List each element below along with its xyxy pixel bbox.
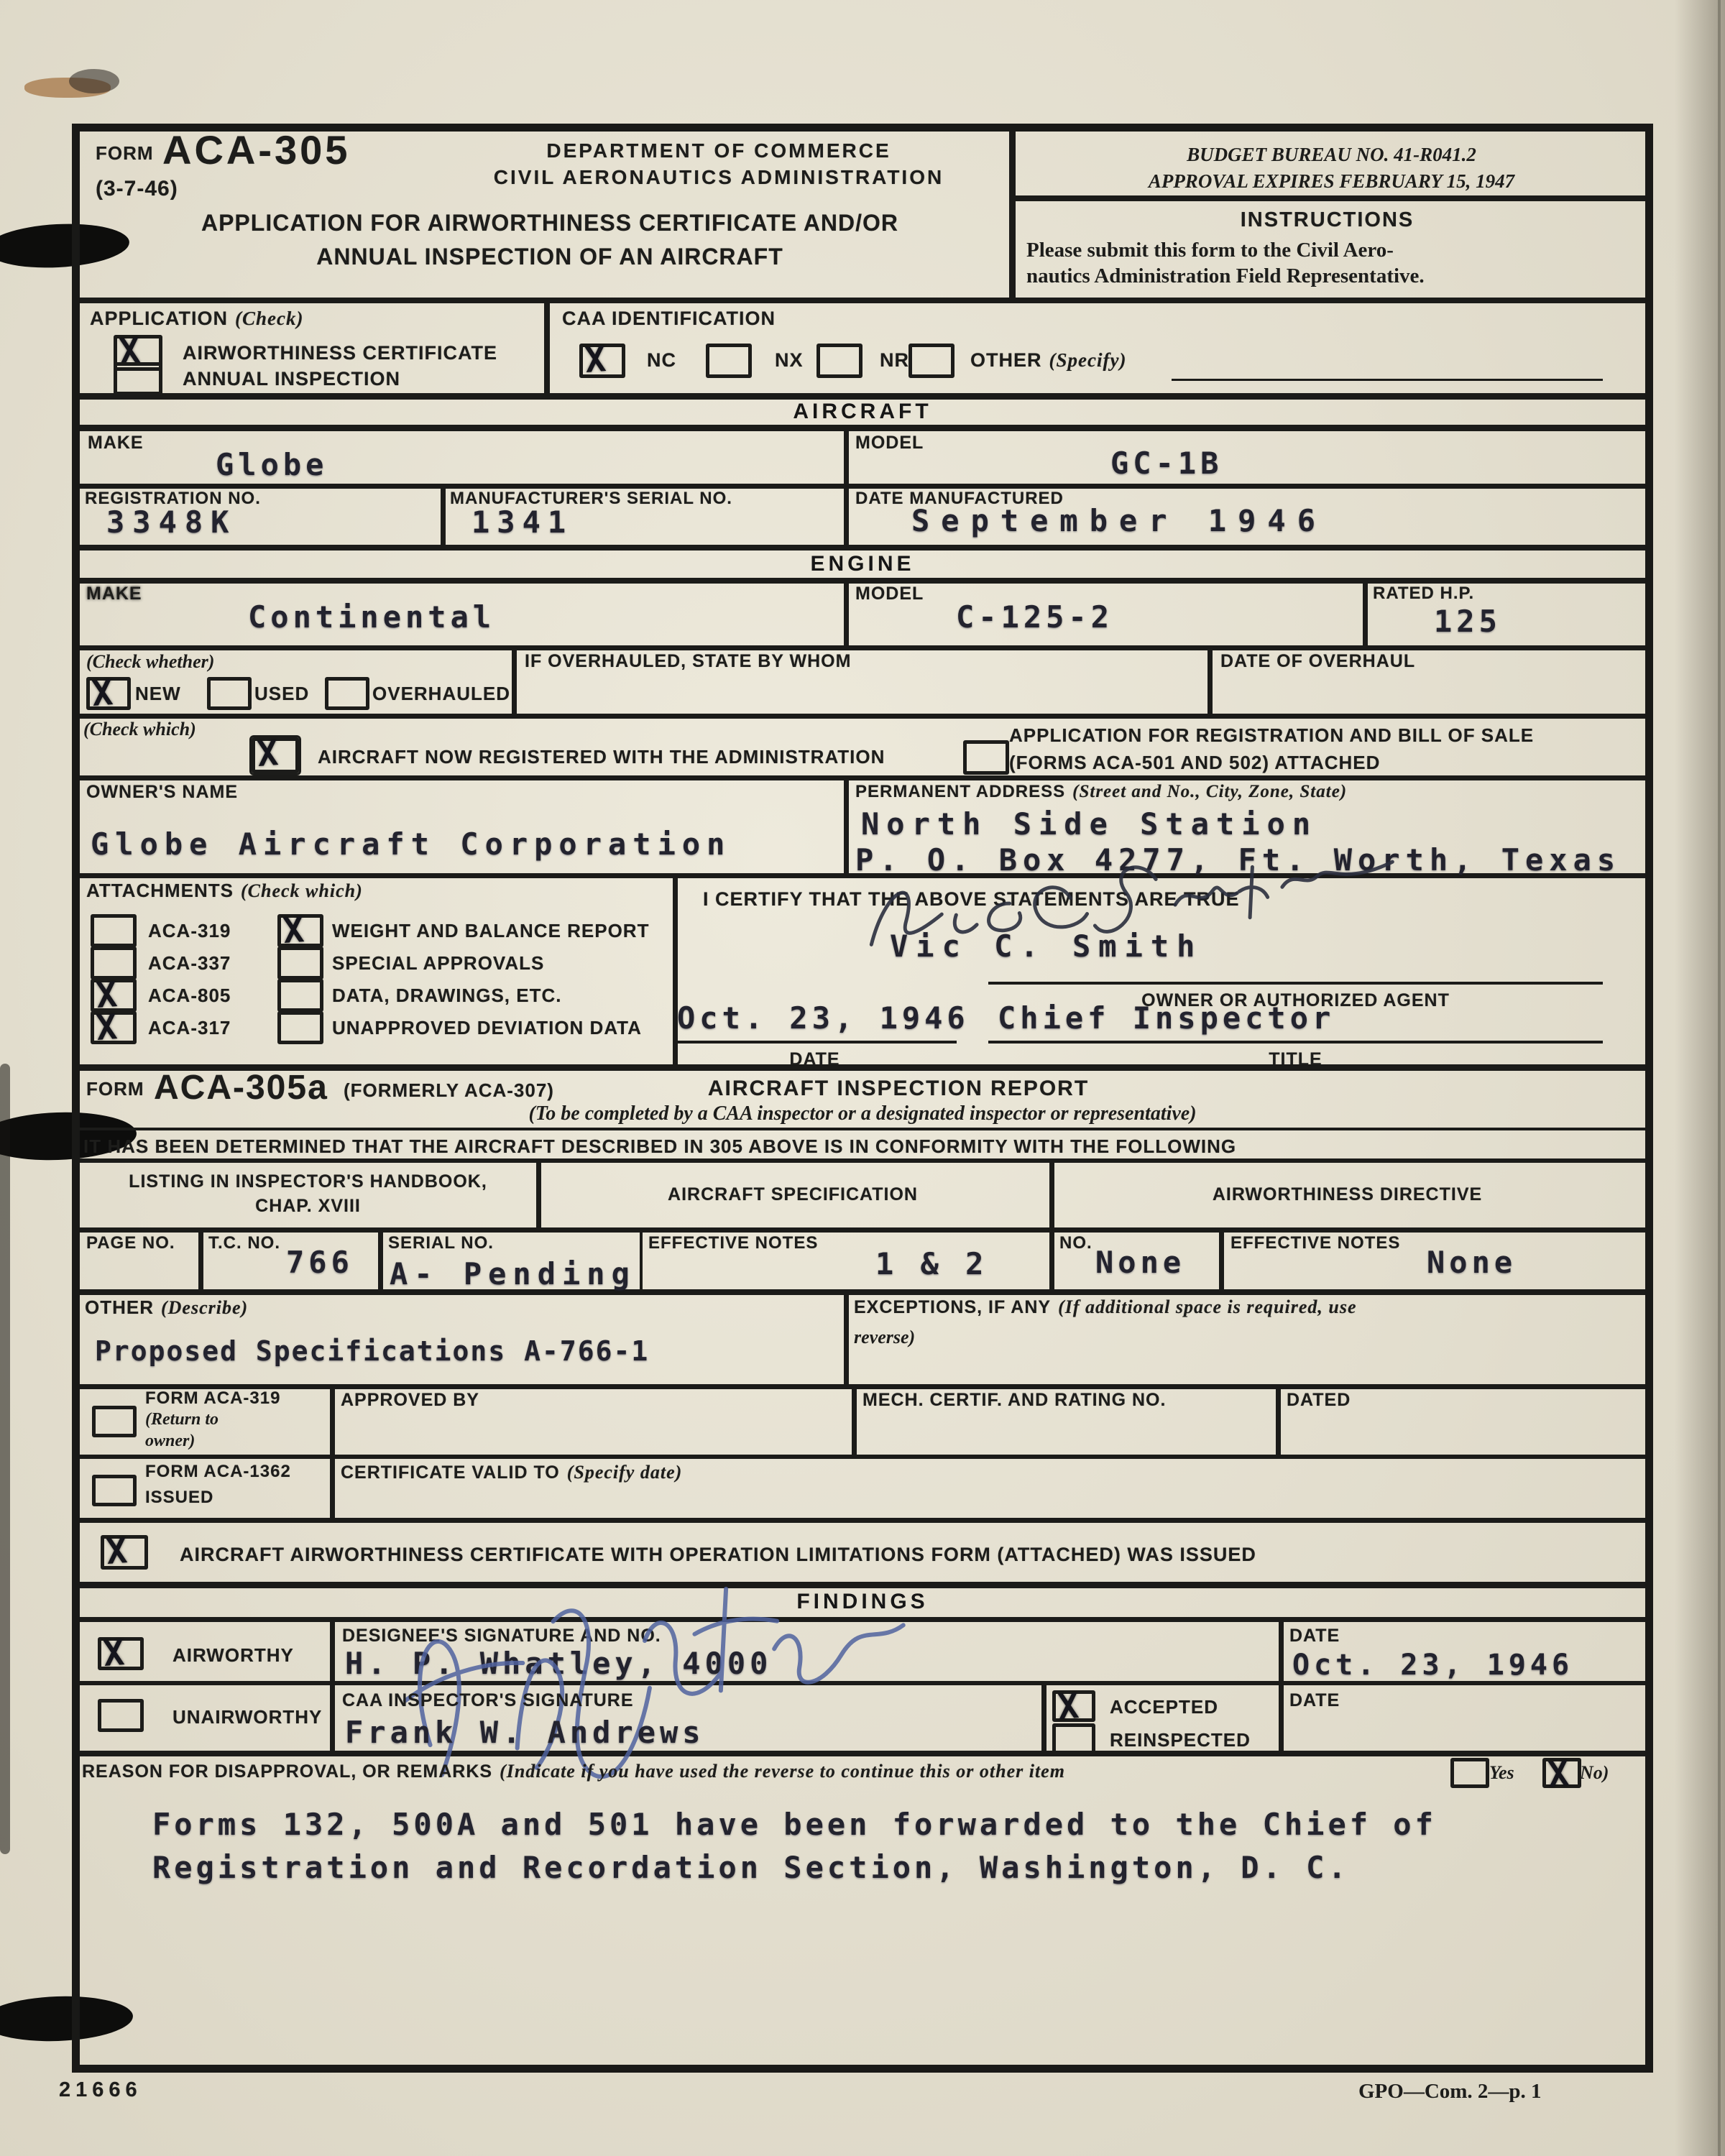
data-drawings-checkbox[interactable] bbox=[277, 979, 323, 1012]
divider bbox=[80, 393, 1645, 400]
divider bbox=[198, 1227, 203, 1289]
permanent-address-label-italic: (Street and No., City, Zone, State) bbox=[1072, 782, 1347, 802]
registration-no-value: 3348K bbox=[106, 505, 236, 540]
divider bbox=[80, 1582, 1645, 1588]
certify-title-value: Chief Inspector bbox=[998, 1000, 1335, 1036]
engine-section-band: ENGINE bbox=[80, 552, 1645, 576]
caa-identification-label: CAA IDENTIFICATION bbox=[562, 308, 776, 330]
owner-name-value: Globe Aircraft Corporation bbox=[91, 826, 731, 862]
application-attached-line2: (FORMS ACA-501 AND 502) ATTACHED bbox=[1009, 752, 1380, 774]
findings-section-band: FINDINGS bbox=[80, 1590, 1645, 1614]
application-label: APPLICATION (Check) bbox=[90, 308, 303, 330]
divider bbox=[80, 1227, 1645, 1233]
divider bbox=[378, 1227, 383, 1289]
attachments-label-text: ATTACHMENTS bbox=[86, 880, 234, 902]
application-label-text: APPLICATION bbox=[90, 308, 228, 330]
page-no-label: PAGE NO. bbox=[86, 1233, 175, 1253]
footer-print-code: 21666 bbox=[59, 2078, 142, 2102]
form-title-line2: ANNUAL INSPECTION OF AN AIRCRAFT bbox=[93, 244, 1006, 270]
instructions-line1: Please submit this form to the Civil Aer… bbox=[1026, 239, 1394, 262]
unairworthy-label: UNAIRWORTHY bbox=[172, 1706, 322, 1728]
aca-317-label: ACA-317 bbox=[148, 1017, 231, 1039]
engine-used-checkbox[interactable] bbox=[207, 677, 252, 710]
registered-checkbox[interactable] bbox=[252, 737, 299, 773]
caa-inspector-signature-typed: Frank W. Andrews bbox=[345, 1715, 705, 1750]
divider bbox=[1363, 578, 1368, 645]
exceptions-label: EXCEPTIONS, IF ANY (If additional space … bbox=[854, 1296, 1357, 1318]
divider bbox=[844, 1289, 849, 1384]
remarks-label-italic: (Indicate if you have used the reverse t… bbox=[500, 1761, 1065, 1782]
reinspected-label: REINSPECTED bbox=[1110, 1729, 1251, 1751]
divider bbox=[80, 1518, 1645, 1523]
report-formerly: (FORMERLY ACA-307) bbox=[344, 1079, 554, 1102]
form-aca-1362-label: FORM ACA-1362 bbox=[145, 1462, 291, 1482]
divider bbox=[330, 1384, 335, 1455]
remarks-body-line1: Forms 132, 500A and 501 have been forwar… bbox=[152, 1807, 1437, 1842]
serial-no-label: SERIAL NO. bbox=[388, 1233, 494, 1253]
rated-hp-label: RATED H.P. bbox=[1373, 584, 1474, 604]
remarks-no-checkbox[interactable] bbox=[1542, 1758, 1581, 1788]
other-describe-label: OTHER (Describe) bbox=[85, 1296, 248, 1319]
nr-label: NR bbox=[880, 349, 909, 372]
certificate-valid-to-italic: (Specify date) bbox=[567, 1462, 683, 1483]
designee-signature-label: DESIGNEE'S SIGNATURE AND NO. bbox=[342, 1626, 661, 1646]
aca-319-checkbox[interactable] bbox=[91, 914, 137, 947]
aircraft-make-label: MAKE bbox=[88, 433, 144, 453]
application-attached-checkbox[interactable] bbox=[963, 740, 1009, 775]
handbook-col-line1: LISTING IN INSPECTOR'S HANDBOOK, bbox=[80, 1171, 536, 1192]
remarks-no-label: No) bbox=[1580, 1762, 1609, 1784]
aircraft-model-label: MODEL bbox=[855, 433, 924, 453]
divider bbox=[1219, 1227, 1224, 1289]
findings-date1-label: DATE bbox=[1289, 1626, 1340, 1646]
divider bbox=[844, 484, 849, 545]
divider bbox=[80, 1384, 1645, 1389]
ad-effective-notes-label: EFFECTIVE NOTES bbox=[1230, 1233, 1400, 1253]
certify-date-label: DATE bbox=[673, 1049, 957, 1070]
mfr-serial-value: 1341 bbox=[471, 505, 573, 540]
conformity-statement: IT HAS BEEN DETERMINED THAT THE AIRCRAFT… bbox=[83, 1135, 1236, 1158]
other-id-blank-line[interactable] bbox=[1172, 379, 1603, 381]
permanent-address-label-text: PERMANENT ADDRESS bbox=[855, 782, 1065, 802]
divider bbox=[80, 1128, 1645, 1130]
budget-bureau-line2: APPROVAL EXPIRES FEBRUARY 15, 1947 bbox=[1028, 170, 1635, 193]
divider bbox=[80, 714, 1645, 719]
nr-checkbox[interactable] bbox=[816, 344, 862, 378]
scan-edge-right-line bbox=[1718, 0, 1721, 2156]
form-aca-1362-issued: ISSUED bbox=[145, 1488, 213, 1508]
engine-used-label: USED bbox=[254, 683, 309, 705]
effective-notes-label: EFFECTIVE NOTES bbox=[648, 1233, 818, 1253]
mech-certif-label: MECH. CERTIF. AND RATING NO. bbox=[862, 1390, 1166, 1411]
check-which-label: (Check which) bbox=[83, 719, 196, 740]
aircraft-section-band: AIRCRAFT bbox=[80, 400, 1645, 424]
airworthiness-certificate-label: AIRWORTHINESS CERTIFICATE bbox=[183, 342, 497, 364]
other-id-label-italic: (Specify) bbox=[1049, 349, 1127, 372]
remarks-label-text: REASON FOR DISAPPROVAL, OR REMARKS bbox=[82, 1761, 492, 1782]
airworthiness-directive-col: AIRWORTHINESS DIRECTIVE bbox=[1049, 1184, 1645, 1205]
approved-by-label: APPROVED BY bbox=[341, 1390, 479, 1411]
divider bbox=[80, 545, 1645, 550]
cert-issued-checkbox[interactable] bbox=[101, 1535, 148, 1570]
permanent-address-label: PERMANENT ADDRESS (Street and No., City,… bbox=[855, 782, 1347, 802]
divider bbox=[844, 775, 849, 873]
divider bbox=[852, 1384, 857, 1455]
divider bbox=[1049, 1227, 1054, 1289]
overhauled-by-label: IF OVERHAULED, STATE BY WHOM bbox=[525, 651, 851, 672]
form-aca-319-checkbox[interactable] bbox=[92, 1406, 137, 1437]
ad-effective-notes-value: None bbox=[1427, 1245, 1517, 1280]
dept-line2: CIVIL AERONAUTICS ADMINISTRATION bbox=[431, 166, 1006, 189]
divider bbox=[80, 1455, 1645, 1459]
weight-balance-label: WEIGHT AND BALANCE REPORT bbox=[332, 920, 649, 942]
dated-label: DATED bbox=[1287, 1390, 1351, 1411]
findings-date1-value: Oct. 23, 1946 bbox=[1292, 1649, 1573, 1682]
divider bbox=[844, 425, 849, 484]
divider bbox=[80, 645, 1645, 650]
data-drawings-label: DATA, DRAWINGS, ETC. bbox=[332, 985, 561, 1007]
certify-title-label: TITLE bbox=[988, 1049, 1603, 1070]
exceptions-label-italic2: reverse) bbox=[854, 1327, 915, 1348]
nc-label: NC bbox=[647, 349, 676, 372]
remarks-yes-checkbox[interactable] bbox=[1450, 1758, 1489, 1788]
aca-337-label: ACA-337 bbox=[148, 952, 231, 975]
aca-805-label: ACA-805 bbox=[148, 985, 231, 1007]
instructions-line2: nautics Administration Field Representat… bbox=[1026, 264, 1425, 288]
date-of-overhaul-label: DATE OF OVERHAUL bbox=[1220, 651, 1415, 672]
divider bbox=[80, 1158, 1645, 1163]
ink-smudge bbox=[69, 69, 119, 93]
engine-overhauled-checkbox[interactable] bbox=[325, 677, 369, 710]
accepted-checkbox[interactable] bbox=[1052, 1690, 1095, 1722]
form-aca-319-return1: (Return to bbox=[145, 1410, 218, 1429]
divider bbox=[80, 578, 1645, 584]
budget-bureau-line1: BUDGET BUREAU NO. 41-R041.2 bbox=[1028, 144, 1635, 166]
dept-line1: DEPARTMENT OF COMMERCE bbox=[431, 139, 1006, 162]
engine-make-label: MAKE bbox=[86, 584, 142, 604]
divider bbox=[80, 298, 1645, 303]
engine-model-value: C-125-2 bbox=[956, 599, 1113, 635]
remarks-body-line2: Registration and Recordation Section, Wa… bbox=[152, 1850, 1350, 1885]
aircraft-model-value: GC-1B bbox=[1110, 446, 1223, 481]
form-word-label: FORM bbox=[96, 142, 154, 165]
divider bbox=[1207, 645, 1213, 714]
certify-date-value: Oct. 23, 1946 bbox=[677, 1000, 970, 1036]
unairworthy-checkbox[interactable] bbox=[98, 1699, 144, 1732]
divider bbox=[1009, 195, 1645, 201]
other-id-label-text: OTHER bbox=[970, 349, 1042, 372]
divider bbox=[330, 1681, 335, 1751]
form-aca-319-label: FORM ACA-319 bbox=[145, 1388, 280, 1409]
unapproved-deviation-checkbox[interactable] bbox=[277, 1011, 323, 1044]
ad-no-value: None bbox=[1095, 1245, 1185, 1280]
divider bbox=[512, 645, 517, 714]
form-number: ACA-305 bbox=[162, 126, 350, 173]
exceptions-label-italic1: (If additional space is required, use bbox=[1058, 1296, 1356, 1318]
torn-paper-mark bbox=[24, 78, 111, 98]
divider bbox=[844, 578, 849, 645]
other-describe-label-italic: (Describe) bbox=[161, 1297, 248, 1319]
scanned-form-page: FORM ACA-305 (3-7-46) DEPARTMENT OF COMM… bbox=[0, 0, 1725, 2156]
aca-317-checkbox[interactable] bbox=[91, 1011, 137, 1044]
check-whether-label: (Check whether) bbox=[86, 651, 214, 673]
accepted-label: ACCEPTED bbox=[1110, 1696, 1218, 1718]
divider bbox=[1041, 1681, 1046, 1751]
airworthy-checkbox[interactable] bbox=[98, 1637, 144, 1670]
unapproved-deviation-label: UNAPPROVED DEVIATION DATA bbox=[332, 1017, 642, 1039]
findings-date2-label: DATE bbox=[1289, 1690, 1340, 1711]
special-approvals-label: SPECIAL APPROVALS bbox=[332, 952, 544, 975]
report-subtitle: (To be completed by a CAA inspector or a… bbox=[80, 1102, 1645, 1125]
tc-no-label: T.C. NO. bbox=[208, 1233, 280, 1253]
nc-checkbox[interactable] bbox=[579, 344, 625, 378]
report-form-number: ACA-305a bbox=[154, 1068, 328, 1107]
divider bbox=[80, 1617, 1645, 1622]
certify-statement: I CERTIFY THAT THE ABOVE STATEMENTS ARE … bbox=[703, 888, 1240, 911]
aircraft-spec-col: AIRCRAFT SPECIFICATION bbox=[536, 1184, 1049, 1205]
divider bbox=[640, 1227, 643, 1289]
ad-no-label: NO. bbox=[1059, 1233, 1092, 1253]
nx-label: NX bbox=[775, 349, 804, 372]
remarks-yes-label: Yes bbox=[1489, 1762, 1514, 1784]
other-describe-label-text: OTHER bbox=[85, 1296, 154, 1319]
form-title-line1: APPLICATION FOR AIRWORTHINESS CERTIFICAT… bbox=[93, 210, 1006, 236]
designee-signature-typed: H. P. Whatley, 4000 bbox=[345, 1646, 772, 1681]
attachments-label: ATTACHMENTS (Check which) bbox=[86, 880, 363, 902]
divider bbox=[330, 1455, 335, 1518]
attachments-label-italic: (Check which) bbox=[241, 880, 363, 902]
divider bbox=[441, 484, 446, 545]
certify-signer-typed: Vic C. Smith bbox=[890, 929, 1202, 964]
date-manufactured-value: September 1946 bbox=[911, 503, 1327, 538]
report-form-word: FORM bbox=[86, 1078, 144, 1100]
form-revision: (3-7-46) bbox=[96, 177, 178, 201]
divider bbox=[80, 425, 1645, 431]
nx-checkbox[interactable] bbox=[706, 344, 752, 378]
application-label-italic: (Check) bbox=[235, 308, 303, 330]
address-line1: North Side Station bbox=[861, 806, 1317, 842]
certificate-valid-to-text: CERTIFICATE VALID TO bbox=[341, 1462, 560, 1483]
divider bbox=[80, 1289, 1645, 1295]
annual-inspection-label: ANNUAL INSPECTION bbox=[183, 368, 400, 390]
form-aca-319-return2: owner) bbox=[145, 1432, 195, 1451]
special-approvals-checkbox[interactable] bbox=[277, 946, 323, 980]
aca-319-label: ACA-319 bbox=[148, 920, 231, 942]
weight-balance-checkbox[interactable] bbox=[277, 914, 323, 947]
effective-notes-value: 1 & 2 bbox=[875, 1246, 988, 1281]
engine-model-label: MODEL bbox=[855, 584, 924, 604]
handbook-col-line2: CHAP. XVIII bbox=[80, 1196, 536, 1217]
instructions-title: INSTRUCTIONS bbox=[1009, 208, 1645, 232]
divider bbox=[1279, 1617, 1284, 1681]
address-line2: P. O. Box 4277, Ft. Worth, Texas bbox=[855, 842, 1621, 877]
registered-label: AIRCRAFT NOW REGISTERED WITH THE ADMINIS… bbox=[318, 746, 885, 768]
owner-agent-signature-line[interactable] bbox=[988, 982, 1603, 985]
rated-hp-value: 125 bbox=[1434, 604, 1501, 639]
serial-no-value: A- Pending bbox=[390, 1256, 636, 1291]
divider bbox=[330, 1617, 335, 1681]
divider bbox=[80, 1751, 1645, 1756]
certify-date-line[interactable] bbox=[673, 1041, 957, 1044]
exceptions-label-text: EXCEPTIONS, IF ANY bbox=[854, 1297, 1051, 1318]
footer-gpo: GPO—Com. 2—p. 1 bbox=[1358, 2080, 1542, 2104]
divider bbox=[673, 873, 678, 1064]
divider bbox=[80, 775, 1645, 780]
certificate-valid-to-label: CERTIFICATE VALID TO (Specify date) bbox=[341, 1462, 682, 1483]
owner-name-label: OWNER'S NAME bbox=[86, 782, 238, 803]
certify-title-line[interactable] bbox=[988, 1041, 1603, 1044]
engine-make-value: Continental bbox=[248, 599, 495, 635]
cert-issued-label: AIRCRAFT AIRWORTHINESS CERTIFICATE WITH … bbox=[180, 1544, 1256, 1566]
report-title: AIRCRAFT INSPECTION REPORT bbox=[611, 1077, 1186, 1101]
divider bbox=[544, 298, 550, 393]
engine-new-checkbox[interactable] bbox=[86, 677, 131, 710]
engine-overhauled-label: OVERHAULED bbox=[372, 683, 510, 705]
other-describe-value: Proposed Specifications A-766-1 bbox=[95, 1335, 649, 1367]
divider bbox=[1279, 1681, 1284, 1751]
remarks-label: REASON FOR DISAPPROVAL, OR REMARKS (Indi… bbox=[82, 1761, 1065, 1782]
left-page-edge-shadow bbox=[0, 1064, 10, 1854]
other-id-label: OTHER (Specify) bbox=[970, 349, 1126, 372]
other-id-checkbox[interactable] bbox=[908, 344, 954, 378]
scan-edge-right bbox=[1675, 0, 1725, 2156]
tc-no-value: 766 bbox=[286, 1245, 354, 1280]
form-aca-1362-checkbox[interactable] bbox=[92, 1475, 137, 1506]
engine-new-label: NEW bbox=[135, 683, 181, 705]
annual-inspection-checkbox[interactable] bbox=[114, 362, 162, 395]
aircraft-make-value: Globe bbox=[216, 447, 328, 482]
divider bbox=[80, 484, 1645, 489]
airworthy-label: AIRWORTHY bbox=[172, 1644, 294, 1667]
reinspected-checkbox[interactable] bbox=[1052, 1723, 1095, 1755]
caa-inspector-signature-label: CAA INSPECTOR'S SIGNATURE bbox=[342, 1690, 634, 1711]
application-attached-line1: APPLICATION FOR REGISTRATION AND BILL OF… bbox=[1009, 724, 1534, 747]
divider bbox=[1276, 1384, 1281, 1455]
